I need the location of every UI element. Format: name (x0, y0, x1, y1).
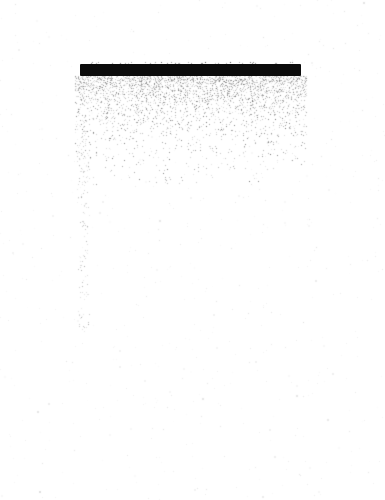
black-redaction-bar (80, 64, 301, 76)
scanned-page (0, 0, 385, 500)
